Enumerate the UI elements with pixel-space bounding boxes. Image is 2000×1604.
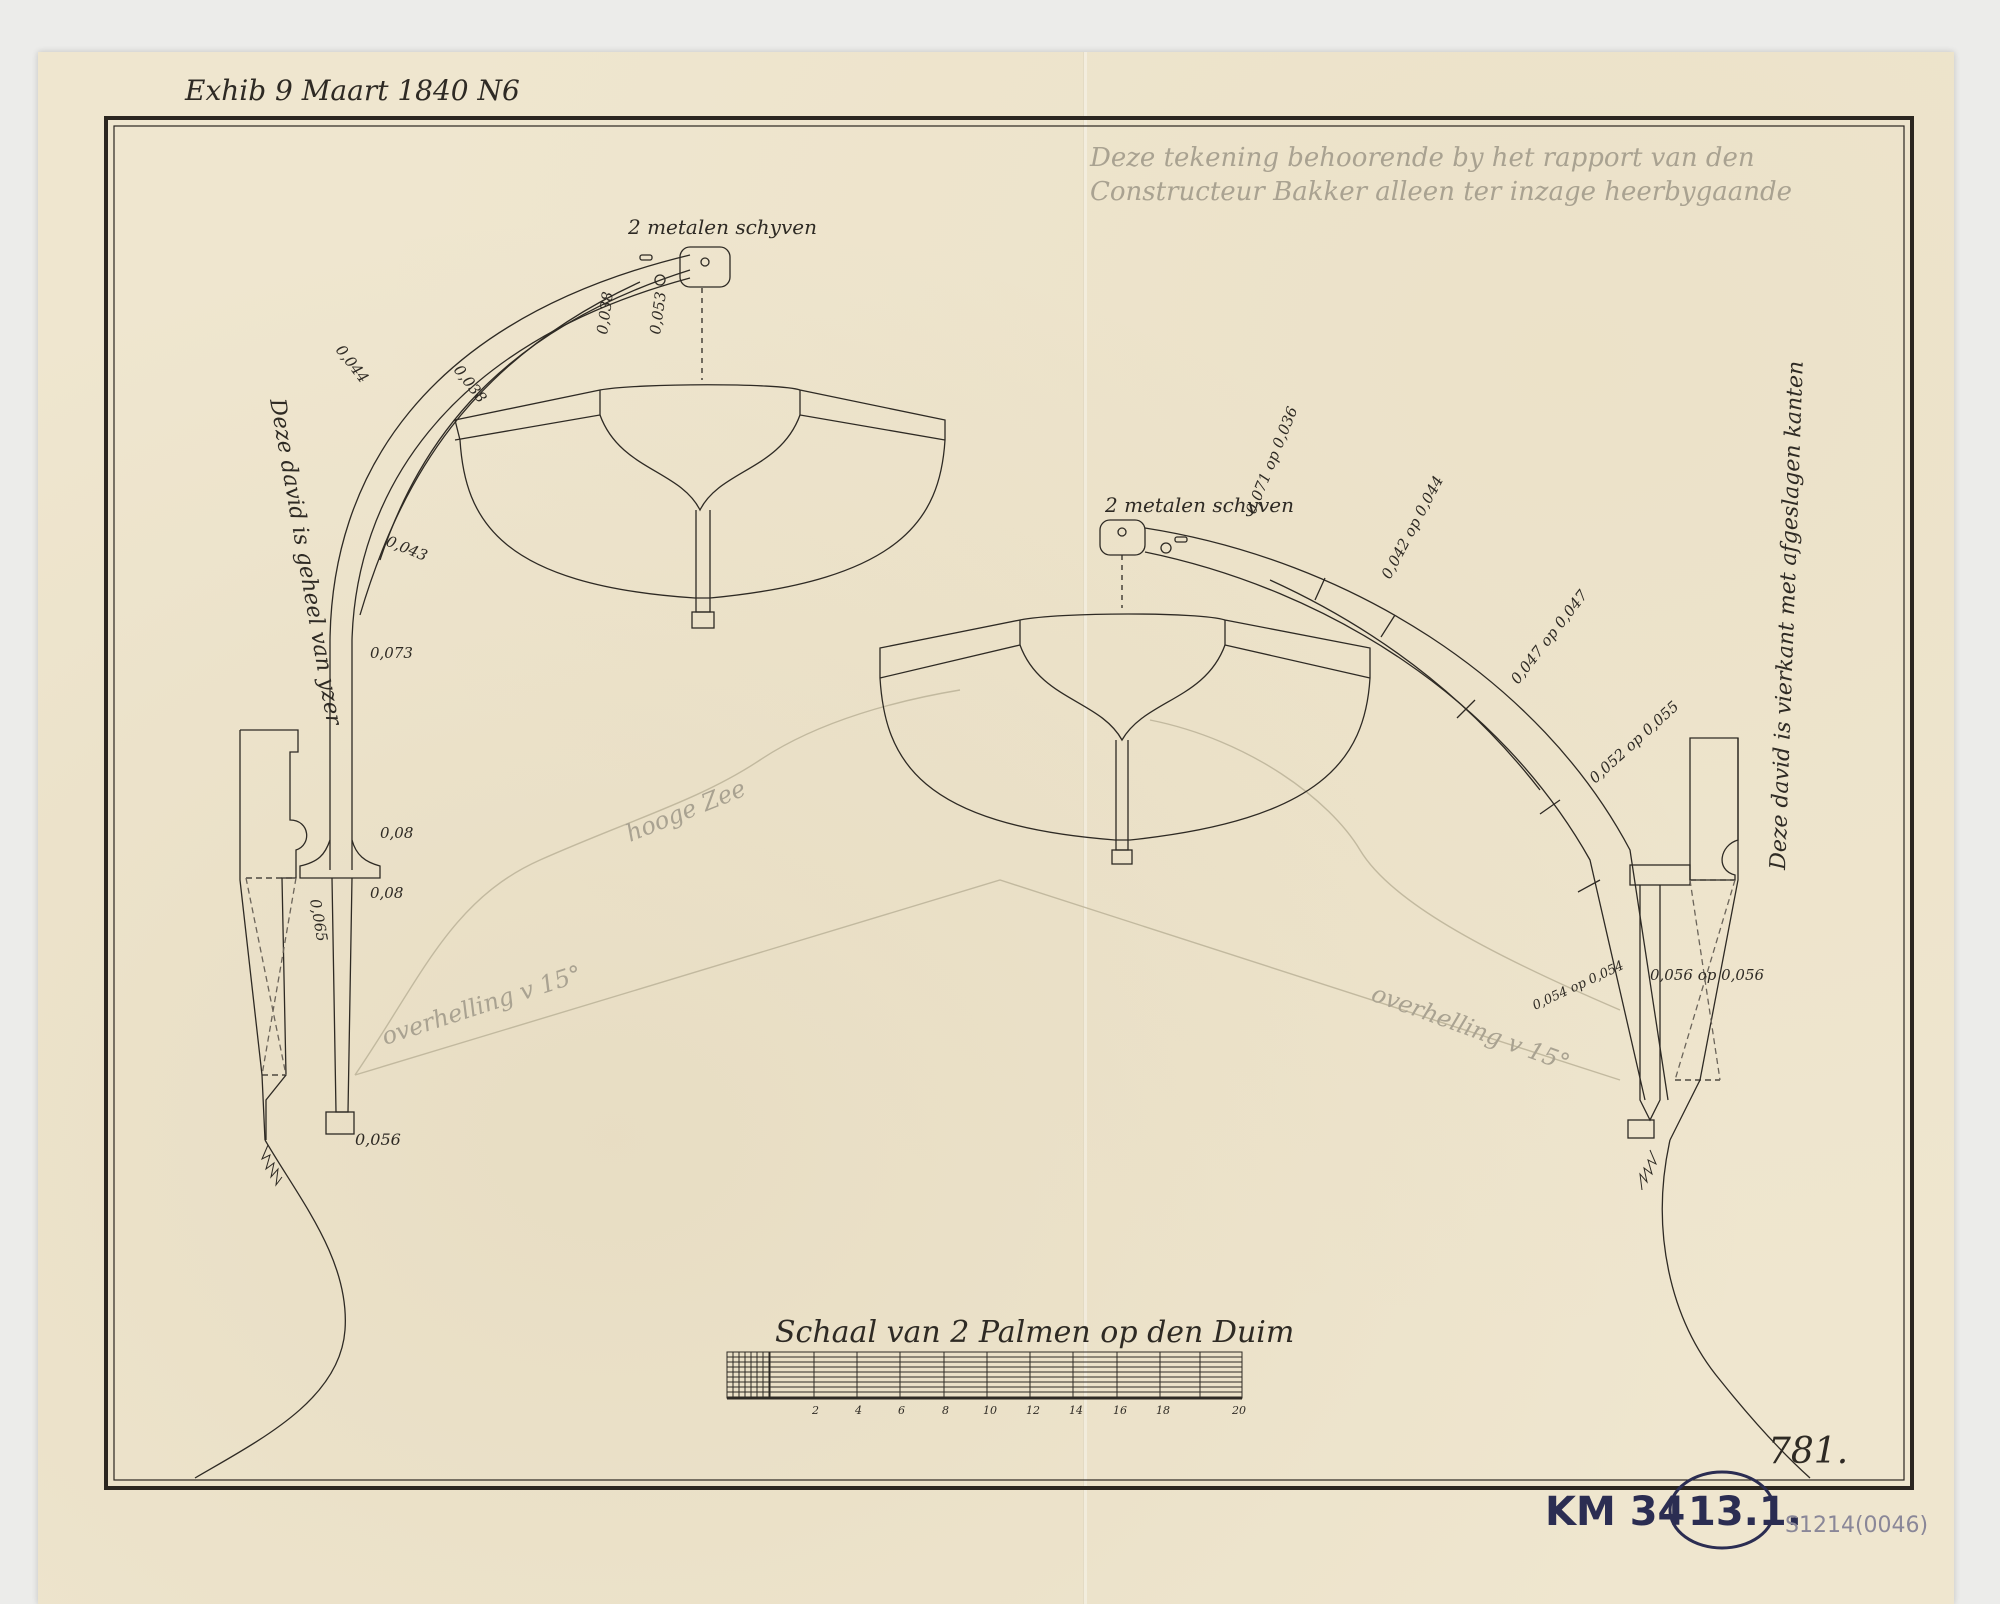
right-dim-2: 0,042 op 0,044 — [1378, 473, 1447, 582]
left-dim-7: 0,08 — [380, 824, 413, 842]
scale-title: Schaal van 2 Palmen op den Duim — [775, 1315, 1294, 1350]
right-dim-6: 0,056 op 0,056 — [1650, 966, 1765, 984]
catalog-ref: S1214(0046) — [1785, 1513, 1928, 1538]
left-dim-8: 0,08 — [370, 884, 403, 902]
border-frame — [106, 118, 1912, 1488]
right-dim-4: 0,052 op 0,055 — [1586, 697, 1683, 787]
left-dim-6: 0,073 — [370, 644, 413, 662]
scale-bar: Schaal van 2 Palmen op den Duim 2 4 6 8 … — [727, 1315, 1294, 1417]
left-vertical-note: Deze david is geheel van yzer — [264, 396, 347, 729]
right-vertical-note: Deze david is vierkant met afgeslagen ka… — [1766, 360, 1809, 871]
left-dim-10: 0,056 — [355, 1130, 401, 1149]
scale-tick-14: 14 — [1069, 1404, 1083, 1417]
right-dim-5: 0,054 op 0,054 — [1530, 958, 1626, 1013]
pencil-note-line2: Constructeur Bakker alleen ter inzage he… — [1090, 177, 1792, 207]
scale-tick-2: 2 — [811, 1404, 819, 1417]
left-dim-1: 0,038 — [593, 291, 617, 336]
pencil-note-line1: Deze tekening behoorende by het rapport … — [1089, 143, 1755, 173]
left-dim-2: 0,053 — [646, 291, 670, 336]
scale-tick-16: 16 — [1113, 1404, 1127, 1417]
scale-tick-12: 12 — [1026, 1404, 1040, 1417]
scale-tick-20: 20 — [1231, 1404, 1246, 1417]
sheet-number: 781. — [1768, 1431, 1848, 1472]
scale-tick-8: 8 — [942, 1404, 949, 1417]
exhibit-note: Exhib 9 Maart 1840 N6 — [184, 74, 520, 107]
right-dim-3: 0,047 op 0,047 — [1507, 586, 1592, 687]
scale-tick-6: 6 — [898, 1404, 905, 1417]
left-boat-section — [455, 385, 945, 628]
drawing-canvas: Exhib 9 Maart 1840 N6 Deze tekening beho… — [0, 0, 2000, 1604]
right-boat-section — [880, 614, 1370, 864]
left-dim-4: 0,038 — [450, 361, 491, 406]
left-dim-5: 0,043 — [384, 532, 431, 565]
archive-code: KM 34 — [1545, 1489, 1685, 1535]
left-dim-3: 0,044 — [332, 341, 373, 386]
scale-tick-18: 18 — [1156, 1404, 1170, 1417]
scale-tick-4: 4 — [854, 1404, 862, 1417]
left-sheave-label: 2 metalen schyven — [627, 215, 817, 239]
high-sea-label: hooge Zee — [622, 774, 750, 847]
left-dim-9: 0,065 — [306, 898, 331, 943]
scale-tick-10: 10 — [983, 1404, 997, 1417]
